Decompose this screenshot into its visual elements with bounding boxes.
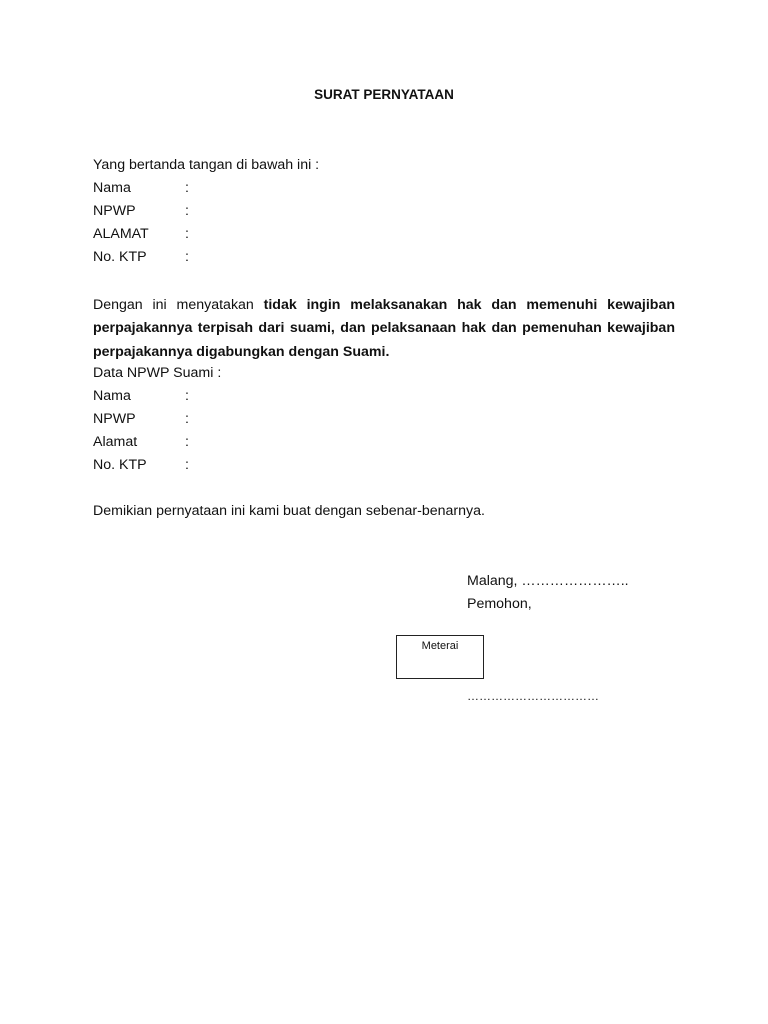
husband-label-npwp: NPWP [93, 410, 136, 428]
signature-line: …………………………… [467, 687, 599, 705]
husband-heading: Data NPWP Suami : [93, 364, 221, 382]
statement-prefix: Dengan ini menyatakan [93, 297, 264, 313]
applicant-label: Pemohon, [467, 595, 532, 613]
document-title: SURAT PERNYATAAN [0, 86, 768, 104]
field-colon: : [185, 387, 189, 405]
field-colon: : [185, 225, 189, 243]
stamp-label: Meterai [397, 640, 483, 652]
place-date: Malang, ………………….. [467, 572, 629, 590]
field-label-npwp: NPWP [93, 202, 136, 220]
husband-label-ktp: No. KTP [93, 456, 147, 474]
husband-label-nama: Nama [93, 387, 131, 405]
field-colon: : [185, 433, 189, 451]
field-colon: : [185, 456, 189, 474]
stamp-box: Meterai [396, 635, 484, 679]
field-label-ktp: No. KTP [93, 248, 147, 266]
husband-label-alamat: Alamat [93, 433, 137, 451]
field-colon: : [185, 410, 189, 428]
intro-text: Yang bertanda tangan di bawah ini : [93, 156, 319, 174]
closing-text: Demikian pernyataan ini kami buat dengan… [93, 502, 485, 520]
field-colon: : [185, 248, 189, 266]
field-colon: : [185, 179, 189, 197]
field-label-alamat: ALAMAT [93, 225, 149, 243]
field-colon: : [185, 202, 189, 220]
field-label-nama: Nama [93, 179, 131, 197]
statement-paragraph: Dengan ini menyatakan tidak ingin melaks… [93, 294, 675, 364]
